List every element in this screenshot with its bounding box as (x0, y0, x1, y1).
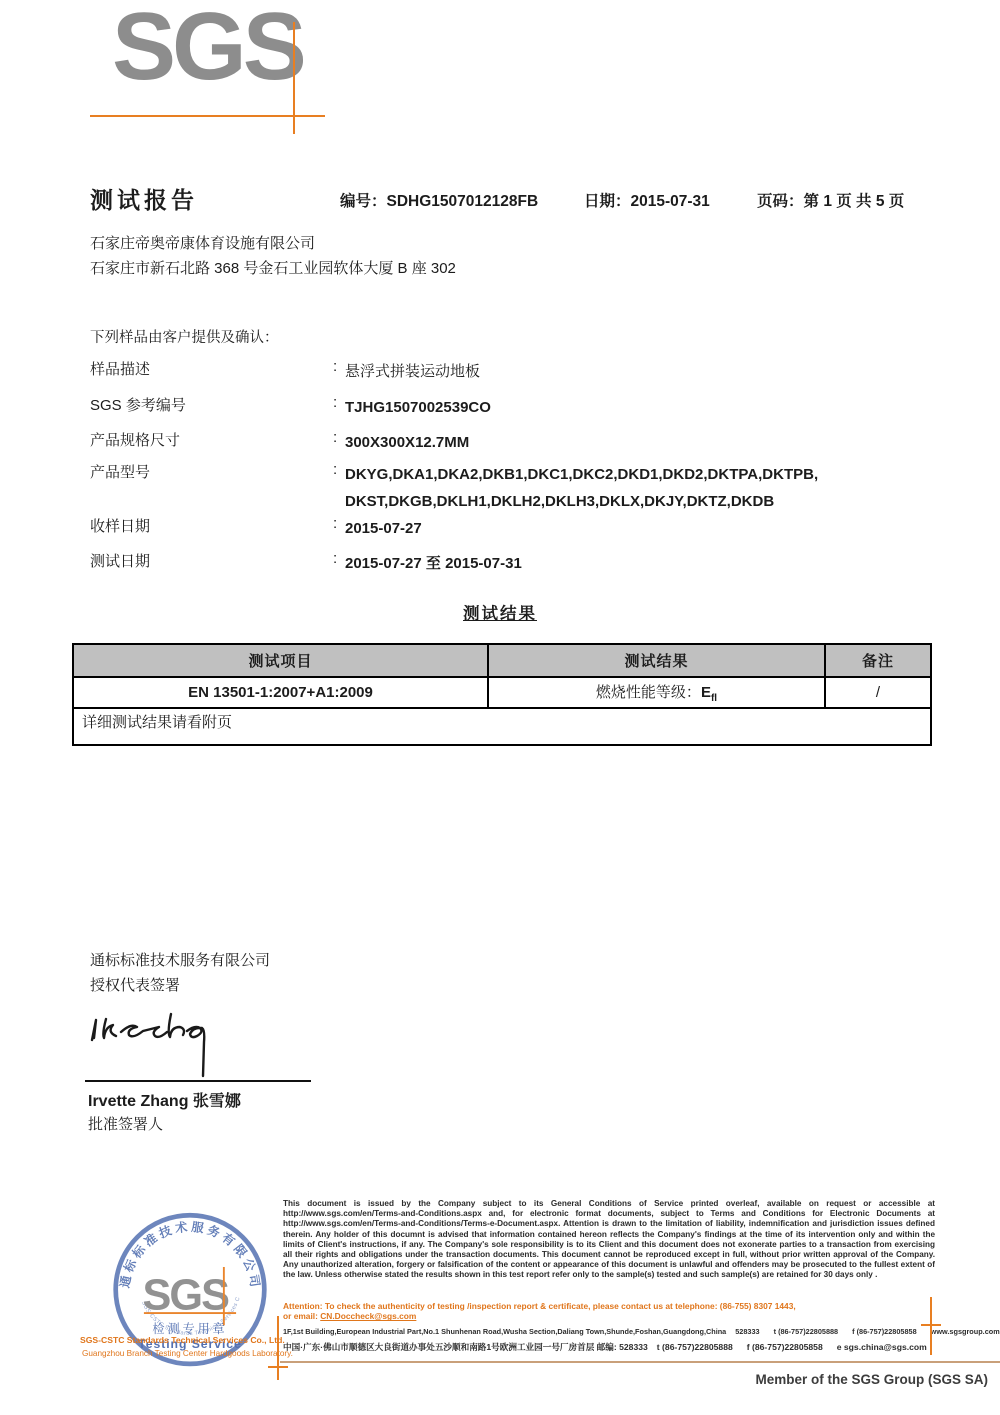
attention-line2: or email: CN.Doccheck@sgs.com (283, 1311, 935, 1321)
legal-conditions-text: This document is issued by the Company s… (283, 1199, 935, 1281)
sgs-logo: SGS (90, 10, 350, 140)
field-colon: : (333, 461, 337, 478)
sgs-group-member-text: Member of the SGS Group (SGS SA) (755, 1372, 988, 1387)
report-number-value: SDHG1507012128FB (387, 193, 539, 210)
page-number-label: 页码： (757, 193, 804, 210)
field-label: 测试日期 (90, 550, 150, 571)
results-note: 详细测试结果请看附页 (73, 708, 931, 745)
attention-email-prefix: or email: (283, 1311, 320, 1321)
field-value: 300X300X12.7MM (345, 429, 469, 456)
signature-rule (85, 1080, 311, 1082)
results-header-row: 测试项目 测试结果 备注 (73, 644, 931, 677)
stamp-branch-en: Guangzhou Branch Testing Center Hardgood… (82, 1349, 293, 1358)
report-number: 编号：SDHG1507012128FB (340, 189, 538, 211)
address-en-text: 1F,1st Building,European Industrial Part… (283, 1327, 726, 1336)
field-value: 2015-07-27 至 2015-07-31 (345, 550, 522, 577)
field-colon: : (333, 394, 337, 411)
client-block: 石家庄帝奥帝康体育设施有限公司 石家庄市新石北路 368 号金石工业园软体大厦 … (90, 231, 456, 281)
field-label: 收样日期 (90, 515, 150, 536)
column-header-remark: 备注 (825, 644, 931, 677)
field-label: SGS 参考编号 (90, 394, 186, 415)
report-date-label: 日期： (584, 193, 631, 210)
issuer-company: 通标标准技术服务有限公司 (90, 949, 270, 970)
result-class: E (701, 684, 711, 701)
sgs-logo-text: SGS (112, 0, 303, 102)
results-note-row: 详细测试结果请看附页 (73, 708, 931, 745)
doccheck-email-link[interactable]: CN.Doccheck@sgs.com (320, 1311, 416, 1321)
results-title: 测试结果 (0, 600, 1000, 624)
report-number-label: 编号： (340, 193, 387, 210)
page-title: 测试报告 (90, 182, 198, 215)
fax-cn: f (86-757)22805858 (747, 1342, 823, 1352)
member-divider-rule (280, 1361, 1000, 1363)
stamp-crosshair-vertical (223, 1267, 225, 1325)
stamp-crosshair-horizontal (144, 1312, 236, 1314)
report-date-value: 2015-07-31 (631, 193, 710, 210)
signatory-name: Irvette Zhang 张雪娜 (88, 1088, 241, 1111)
test-report-page: SGS 测试报告 编号：SDHG1507012128FB 日期：2015-07-… (0, 0, 1000, 1415)
client-address: 石家庄市新石北路 368 号金石工业园软体大厦 B 座 302 (90, 256, 456, 281)
authorized-signatory-label: 授权代表签署 (90, 974, 180, 995)
attention-line1: Attention: To check the authenticity of … (283, 1301, 935, 1311)
column-header-test-item: 测试项目 (73, 644, 488, 677)
cell-test-result: 燃烧性能等级：Efl (488, 677, 825, 708)
result-text: 燃烧性能等级： (596, 684, 701, 701)
authenticity-attention: Attention: To check the authenticity of … (283, 1301, 935, 1322)
stamp-company-en: SGS-CSTC Standards Technical Services Co… (80, 1335, 285, 1345)
results-table: 测试项目 测试结果 备注 EN 13501-1:2007+A1:2009 燃烧性… (72, 643, 932, 746)
result-class-subscript: fl (711, 693, 717, 704)
field-value: DKYG,DKA1,DKA2,DKB1,DKC1,DKC2,DKD1,DKD2,… (345, 461, 818, 515)
page-number: 页码：第 1 页 共 5 页 (757, 189, 904, 211)
field-colon: : (333, 515, 337, 532)
client-name: 石家庄帝奥帝康体育设施有限公司 (90, 231, 456, 256)
field-value: 悬浮式拼装运动地板 (345, 358, 480, 385)
postal-code: 528333 (735, 1327, 759, 1336)
field-colon: : (333, 550, 337, 567)
results-data-row: EN 13501-1:2007+A1:2009 燃烧性能等级：Efl / (73, 677, 931, 708)
stamp-sgs-text: SGS (142, 1271, 229, 1319)
field-label: 产品型号 (90, 461, 150, 482)
field-value: TJHG1507002539CO (345, 394, 491, 421)
stamp-cn-label: 检测专用章 (152, 1321, 227, 1336)
report-date: 日期：2015-07-31 (584, 189, 710, 211)
logo-crosshair-horizontal-line (90, 115, 325, 117)
sample-intro: 下列样品由客户提供及确认： (90, 326, 279, 347)
footer-crosshair-left-horizontal (268, 1366, 288, 1368)
cell-remark: / (825, 677, 931, 708)
field-colon: : (333, 429, 337, 446)
email-link[interactable]: e sgs.china@sgs.com (837, 1342, 927, 1352)
telephone-cn: t (86-757)22805888 (657, 1342, 733, 1352)
page-number-value: 第 1 页 共 5 页 (804, 193, 905, 210)
cell-test-item: EN 13501-1:2007+A1:2009 (73, 677, 488, 708)
address-cn-text: 中国·广东·佛山市顺德区大良街道办事处五沙顺和南路1号欧洲工业园一号厂房首层 邮… (283, 1342, 648, 1352)
fax: f (86-757)22805858 (852, 1327, 917, 1336)
address-line-en: 1F,1st Building,European Industrial Part… (283, 1327, 983, 1336)
field-value: 2015-07-27 (345, 515, 422, 542)
field-label: 样品描述 (90, 358, 150, 379)
logo-crosshair-vertical-line (293, 22, 295, 134)
column-header-test-result: 测试结果 (488, 644, 825, 677)
address-line-cn: 中国·广东·佛山市顺德区大良街道办事处五沙顺和南路1号欧洲工业园一号厂房首层 邮… (283, 1341, 983, 1353)
footer-crosshair-left-vertical (277, 1316, 279, 1380)
field-colon: : (333, 358, 337, 375)
field-label: 产品规格尺寸 (90, 429, 180, 450)
website-link[interactable]: www.sgsgroup.com.cn (931, 1327, 1000, 1336)
signatory-role: 批准签署人 (88, 1113, 163, 1134)
handwritten-signature (82, 996, 232, 1084)
footer-crosshair-right-vertical (930, 1297, 932, 1355)
footer-crosshair-right-horizontal (921, 1324, 941, 1326)
telephone: t (86-757)22805888 (774, 1327, 839, 1336)
